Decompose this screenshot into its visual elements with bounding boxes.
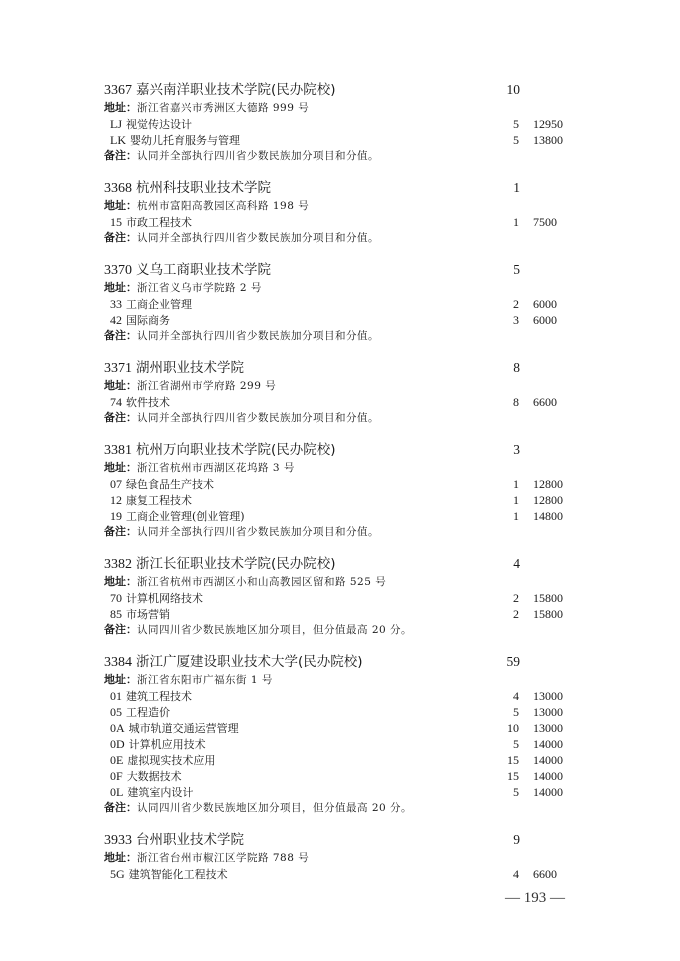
- major-name: 城市轨道交通运营管理: [129, 722, 239, 735]
- major-tuition: 6000: [533, 312, 557, 328]
- major-row: 70计算机网络技术 2 15800: [104, 590, 584, 606]
- major-quota: 10: [507, 720, 519, 736]
- major-quota: 8: [513, 394, 519, 410]
- school-name: 台州职业技术学院: [136, 832, 244, 848]
- address-text: 杭州市富阳高教园区高科路 198 号: [137, 200, 309, 212]
- major-row: LK婴幼儿托育服务与管理 5 13800: [104, 132, 584, 148]
- school-entry: 3384浙江广厦建设职业技术大学(民办院校) 59 地址：浙江省东阳市广福东街 …: [104, 652, 584, 816]
- major-tuition: 13000: [533, 704, 563, 720]
- major-code: LJ: [110, 116, 122, 132]
- school-header: 3382浙江长征职业技术学院(民办院校) 4: [104, 554, 584, 574]
- school-address: 地址：浙江省杭州市西湖区花坞路 3 号: [104, 460, 584, 476]
- major-code: 0A: [110, 720, 125, 736]
- major-tuition: 6000: [533, 296, 557, 312]
- major-code: 05: [110, 704, 122, 720]
- school-address: 地址：浙江省杭州市西湖区小和山高教园区留和路 525 号: [104, 574, 584, 590]
- major-name: 婴幼儿托育服务与管理: [130, 134, 240, 147]
- major-tuition: 6600: [533, 394, 557, 410]
- major-code: 15: [110, 214, 122, 230]
- school-code: 3381: [104, 443, 132, 458]
- school-name: 杭州万向职业技术学院(民办院校): [136, 442, 336, 458]
- major-row: 5G建筑智能化工程技术 4 6600: [104, 866, 584, 882]
- major-row: 19工商企业管理(创业管理) 1 14800: [104, 508, 584, 524]
- major-code: 70: [110, 590, 122, 606]
- school-total-quota: 3: [513, 440, 520, 460]
- school-total-quota: 10: [507, 80, 521, 100]
- major-code: 74: [110, 394, 122, 410]
- school-header: 3384浙江广厦建设职业技术大学(民办院校) 59: [104, 652, 584, 672]
- school-name: 浙江长征职业技术学院(民办院校): [136, 556, 336, 572]
- major-name: 计算机网络技术: [126, 592, 203, 605]
- major-code: 5G: [110, 866, 125, 882]
- major-tuition: 6600: [533, 866, 557, 882]
- school-note: 备注：认同并全部执行四川省少数民族加分项目和分值。: [104, 148, 584, 164]
- school-header: 3367嘉兴南洋职业技术学院(民办院校) 10: [104, 80, 584, 100]
- major-tuition: 14800: [533, 508, 563, 524]
- major-quota: 5: [513, 116, 519, 132]
- note-text: 认同并全部执行四川省少数民族加分项目和分值。: [137, 412, 379, 424]
- school-total-quota: 8: [513, 358, 520, 378]
- school-code: 3933: [104, 833, 132, 848]
- school-name: 杭州科技职业技术学院: [136, 180, 271, 196]
- major-tuition: 14000: [533, 752, 563, 768]
- address-label: 地址：: [104, 101, 137, 114]
- major-name: 大数据技术: [127, 770, 182, 783]
- major-row: 07绿色食品生产技术 1 12800: [104, 476, 584, 492]
- school-entry: 3368杭州科技职业技术学院 1 地址：杭州市富阳高教园区高科路 198 号 1…: [104, 178, 584, 246]
- address-text: 浙江省杭州市西湖区小和山高教园区留和路 525 号: [137, 576, 386, 588]
- major-tuition: 12800: [533, 476, 563, 492]
- address-text: 浙江省杭州市西湖区花坞路 3 号: [137, 462, 295, 474]
- major-tuition: 14000: [533, 784, 563, 800]
- note-text: 认同并全部执行四川省少数民族加分项目和分值。: [137, 526, 379, 538]
- major-name: 软件技术: [126, 396, 170, 409]
- school-code: 3368: [104, 181, 132, 196]
- major-name: 市场营销: [126, 608, 170, 621]
- address-label: 地址：: [104, 575, 137, 588]
- major-quota: 5: [513, 132, 519, 148]
- major-row: 33工商企业管理 2 6000: [104, 296, 584, 312]
- major-tuition: 12800: [533, 492, 563, 508]
- major-tuition: 15800: [533, 606, 563, 622]
- address-label: 地址：: [104, 379, 137, 392]
- major-name: 计算机应用技术: [129, 738, 206, 751]
- major-quota: 1: [513, 508, 519, 524]
- major-row: 01建筑工程技术 4 13000: [104, 688, 584, 704]
- school-entry: 3381杭州万向职业技术学院(民办院校) 3 地址：浙江省杭州市西湖区花坞路 3…: [104, 440, 584, 540]
- school-note: 备注：认同并全部执行四川省少数民族加分项目和分值。: [104, 230, 584, 246]
- major-quota: 15: [507, 752, 519, 768]
- major-quota: 1: [513, 476, 519, 492]
- school-note: 备注：认同四川省少数民族地区加分项目，但分值最高 20 分。: [104, 622, 584, 638]
- school-address: 地址：浙江省义乌市学院路 2 号: [104, 280, 584, 296]
- major-code: 0D: [110, 736, 125, 752]
- major-row: 0E虚拟现实技术应用 15 14000: [104, 752, 584, 768]
- school-address: 地址：浙江省台州市椒江区学院路 788 号: [104, 850, 584, 866]
- address-text: 浙江省台州市椒江区学院路 788 号: [137, 852, 309, 864]
- major-row: 12康复工程技术 1 12800: [104, 492, 584, 508]
- school-total-quota: 59: [507, 652, 521, 672]
- major-tuition: 14000: [533, 736, 563, 752]
- major-quota: 5: [513, 784, 519, 800]
- address-label: 地址：: [104, 673, 137, 686]
- major-row: LJ视觉传达设计 5 12950: [104, 116, 584, 132]
- major-name: 虚拟现实技术应用: [127, 754, 215, 767]
- major-code: 12: [110, 492, 122, 508]
- note-text: 认同并全部执行四川省少数民族加分项目和分值。: [137, 232, 379, 244]
- school-header: 3368杭州科技职业技术学院 1: [104, 178, 584, 198]
- major-quota: 2: [513, 590, 519, 606]
- school-address: 地址：浙江省嘉兴市秀洲区大德路 999 号: [104, 100, 584, 116]
- major-name: 工商企业管理: [126, 298, 192, 311]
- major-name: 建筑室内设计: [127, 786, 193, 799]
- school-address: 地址：浙江省东阳市广福东街 1 号: [104, 672, 584, 688]
- note-label: 备注：: [104, 801, 137, 814]
- school-header: 3933台州职业技术学院 9: [104, 830, 584, 850]
- school-address: 地址：杭州市富阳高教园区高科路 198 号: [104, 198, 584, 214]
- major-quota: 15: [507, 768, 519, 784]
- note-text: 认同并全部执行四川省少数民族加分项目和分值。: [137, 150, 379, 162]
- major-quota: 3: [513, 312, 519, 328]
- note-label: 备注：: [104, 525, 137, 538]
- note-label: 备注：: [104, 411, 137, 424]
- page-number: — 193 —: [505, 890, 565, 907]
- major-name: 工商企业管理(创业管理): [126, 510, 245, 523]
- major-tuition: 13000: [533, 688, 563, 704]
- school-entry: 3371湖州职业技术学院 8 地址：浙江省湖州市学府路 299 号 74软件技术…: [104, 358, 584, 426]
- major-code: 33: [110, 296, 122, 312]
- school-code: 3370: [104, 263, 132, 278]
- note-label: 备注：: [104, 149, 137, 162]
- major-quota: 4: [513, 866, 519, 882]
- major-row: 42国际商务 3 6000: [104, 312, 584, 328]
- major-row: 0D计算机应用技术 5 14000: [104, 736, 584, 752]
- school-code: 3371: [104, 361, 132, 376]
- school-total-quota: 4: [513, 554, 520, 574]
- major-quota: 1: [513, 214, 519, 230]
- major-code: 85: [110, 606, 122, 622]
- school-entry: 3382浙江长征职业技术学院(民办院校) 4 地址：浙江省杭州市西湖区小和山高教…: [104, 554, 584, 638]
- major-tuition: 7500: [533, 214, 557, 230]
- major-name: 市政工程技术: [126, 216, 192, 229]
- major-row: 74软件技术 8 6600: [104, 394, 584, 410]
- major-code: 19: [110, 508, 122, 524]
- major-name: 建筑智能化工程技术: [129, 868, 228, 881]
- school-entry: 3367嘉兴南洋职业技术学院(民办院校) 10 地址：浙江省嘉兴市秀洲区大德路 …: [104, 80, 584, 164]
- school-name: 义乌工商职业技术学院: [136, 262, 271, 278]
- school-note: 备注：认同四川省少数民族地区加分项目，但分值最高 20 分。: [104, 800, 584, 816]
- major-row: 0L建筑室内设计 5 14000: [104, 784, 584, 800]
- note-text: 认同四川省少数民族地区加分项目，但分值最高 20 分。: [137, 624, 412, 636]
- major-row: 15市政工程技术 1 7500: [104, 214, 584, 230]
- major-code: 0F: [110, 768, 123, 784]
- major-quota: 2: [513, 606, 519, 622]
- school-note: 备注：认同并全部执行四川省少数民族加分项目和分值。: [104, 524, 584, 540]
- major-tuition: 14000: [533, 768, 563, 784]
- major-name: 工程造价: [126, 706, 170, 719]
- school-name: 浙江广厦建设职业技术大学(民办院校): [136, 654, 363, 670]
- school-entry: 3933台州职业技术学院 9 地址：浙江省台州市椒江区学院路 788 号 5G建…: [104, 830, 584, 882]
- school-note: 备注：认同并全部执行四川省少数民族加分项目和分值。: [104, 410, 584, 426]
- major-tuition: 13000: [533, 720, 563, 736]
- major-tuition: 15800: [533, 590, 563, 606]
- school-total-quota: 5: [513, 260, 520, 280]
- major-tuition: 12950: [533, 116, 563, 132]
- note-text: 认同并全部执行四川省少数民族加分项目和分值。: [137, 330, 379, 342]
- school-total-quota: 1: [513, 178, 520, 198]
- school-name: 湖州职业技术学院: [136, 360, 244, 376]
- major-row: 0A城市轨道交通运营管理 10 13000: [104, 720, 584, 736]
- major-name: 视觉传达设计: [126, 118, 192, 131]
- major-quota: 1: [513, 492, 519, 508]
- address-label: 地址：: [104, 281, 137, 294]
- major-row: 05工程造价 5 13000: [104, 704, 584, 720]
- major-name: 国际商务: [126, 314, 170, 327]
- note-text: 认同四川省少数民族地区加分项目，但分值最高 20 分。: [137, 802, 412, 814]
- school-note: 备注：认同并全部执行四川省少数民族加分项目和分值。: [104, 328, 584, 344]
- major-name: 康复工程技术: [126, 494, 192, 507]
- address-label: 地址：: [104, 199, 137, 212]
- school-header: 3370义乌工商职业技术学院 5: [104, 260, 584, 280]
- note-label: 备注：: [104, 329, 137, 342]
- document-page: 3367嘉兴南洋职业技术学院(民办院校) 10 地址：浙江省嘉兴市秀洲区大德路 …: [104, 80, 584, 896]
- major-code: 42: [110, 312, 122, 328]
- address-text: 浙江省义乌市学院路 2 号: [137, 282, 262, 294]
- school-name: 嘉兴南洋职业技术学院(民办院校): [136, 82, 336, 98]
- address-text: 浙江省东阳市广福东街 1 号: [137, 674, 273, 686]
- major-code: 0E: [110, 752, 123, 768]
- major-quota: 5: [513, 736, 519, 752]
- school-header: 3371湖州职业技术学院 8: [104, 358, 584, 378]
- school-code: 3384: [104, 655, 132, 670]
- school-total-quota: 9: [513, 830, 520, 850]
- major-code: 07: [110, 476, 122, 492]
- note-label: 备注：: [104, 231, 137, 244]
- major-quota: 5: [513, 704, 519, 720]
- major-name: 绿色食品生产技术: [126, 478, 214, 491]
- school-address: 地址：浙江省湖州市学府路 299 号: [104, 378, 584, 394]
- major-row: 0F大数据技术 15 14000: [104, 768, 584, 784]
- school-entry: 3370义乌工商职业技术学院 5 地址：浙江省义乌市学院路 2 号 33工商企业…: [104, 260, 584, 344]
- major-quota: 2: [513, 296, 519, 312]
- note-label: 备注：: [104, 623, 137, 636]
- major-quota: 4: [513, 688, 519, 704]
- school-code: 3367: [104, 83, 132, 98]
- address-text: 浙江省嘉兴市秀洲区大德路 999 号: [137, 102, 309, 114]
- major-row: 85市场营销 2 15800: [104, 606, 584, 622]
- major-code: LK: [110, 132, 126, 148]
- major-code: 0L: [110, 784, 123, 800]
- address-label: 地址：: [104, 851, 137, 864]
- school-code: 3382: [104, 557, 132, 572]
- address-label: 地址：: [104, 461, 137, 474]
- school-header: 3381杭州万向职业技术学院(民办院校) 3: [104, 440, 584, 460]
- major-name: 建筑工程技术: [126, 690, 192, 703]
- major-tuition: 13800: [533, 132, 563, 148]
- address-text: 浙江省湖州市学府路 299 号: [137, 380, 276, 392]
- major-code: 01: [110, 688, 122, 704]
